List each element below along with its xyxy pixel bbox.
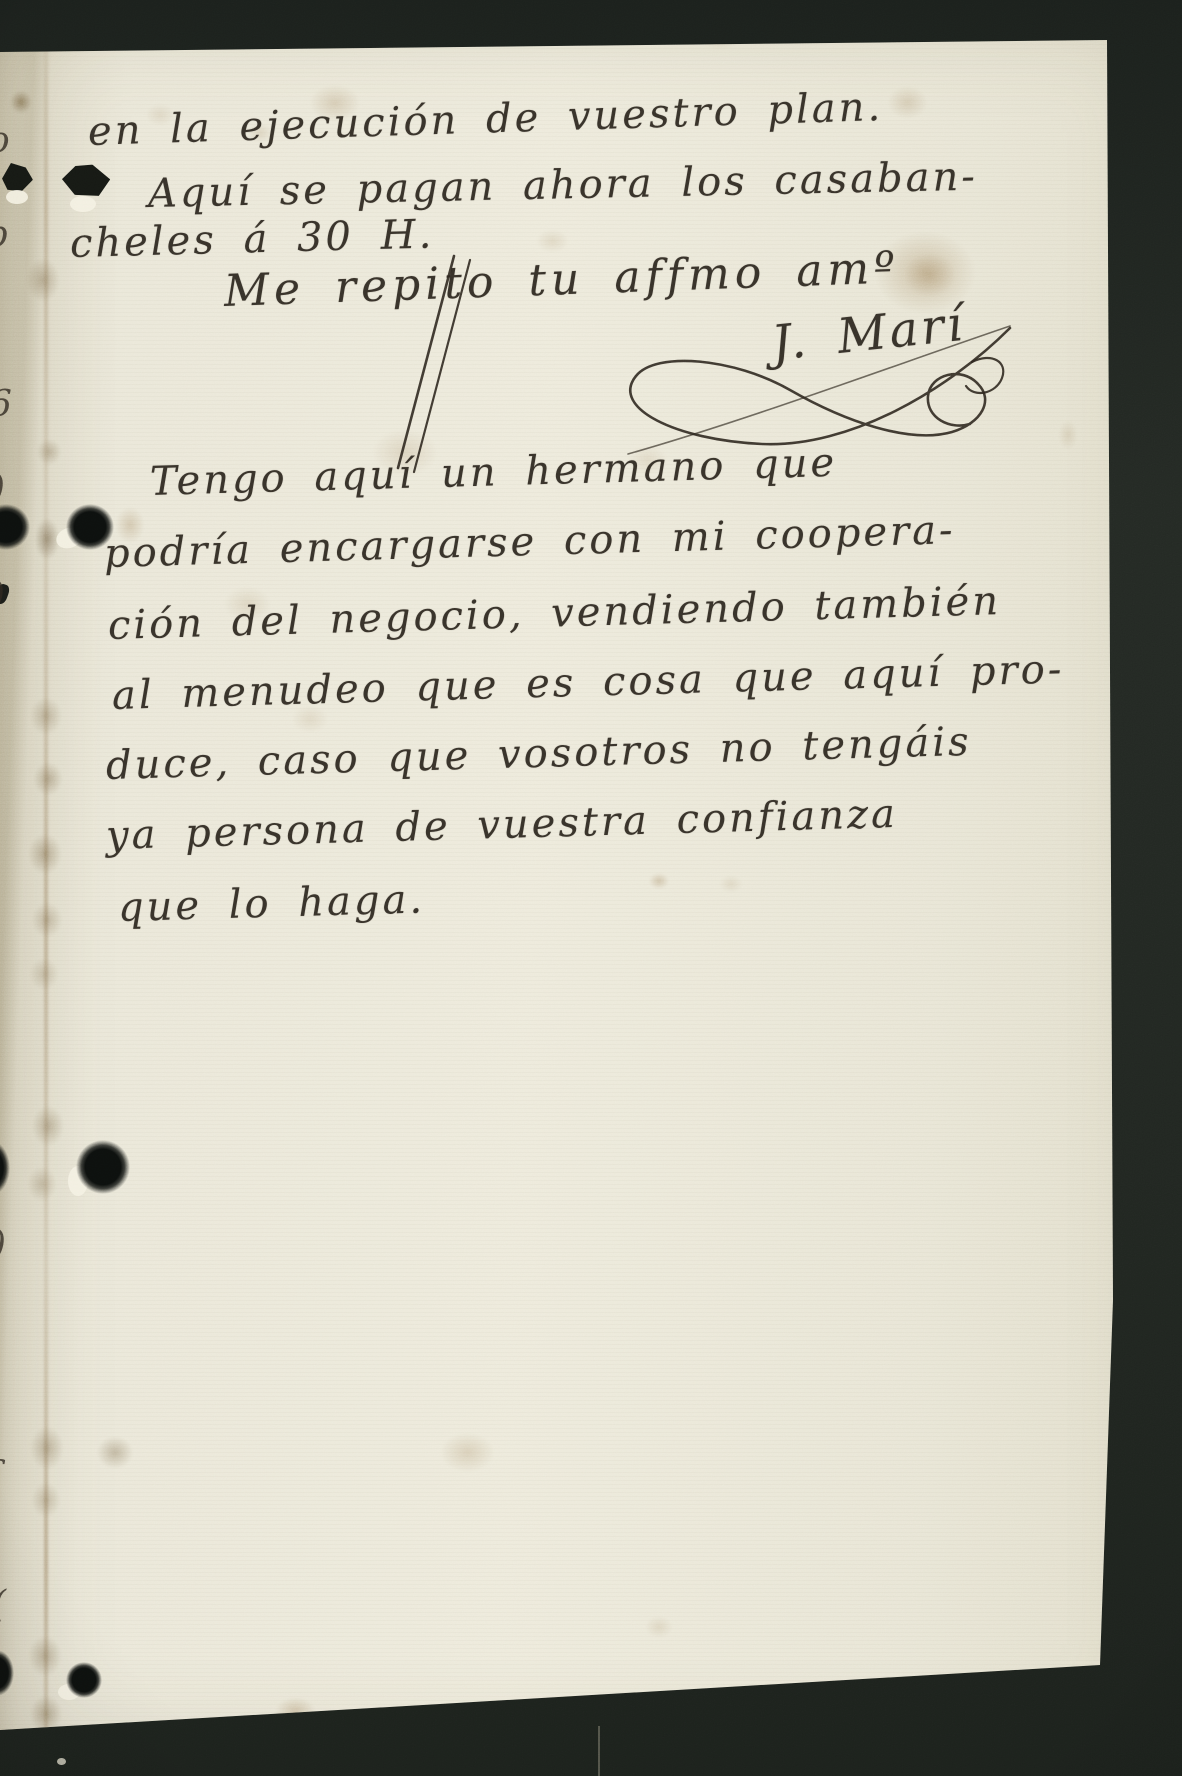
scanned-letter-canvas: en la ejecución de vuestro plan. Aquí se… (0, 0, 1182, 1776)
handwriting-line: cheles á 30 H. (69, 212, 434, 266)
punch-hole (66, 504, 114, 550)
edge-ink-fragment: b (0, 214, 9, 255)
edge-ink-fragment: o (0, 120, 10, 161)
edge-ink-fragment: ) (0, 1224, 6, 1265)
scanner-bed-scratch (598, 1726, 600, 1776)
letter-page: en la ejecución de vuestro plan. Aquí se… (0, 0, 1182, 1776)
edge-ink-fragment: ) (0, 575, 5, 616)
binding-crease (44, 40, 48, 1732)
punch-hole (76, 1140, 130, 1194)
edge-ink-fragment: ( (0, 1584, 6, 1625)
handwriting-line: que lo haga. (117, 877, 425, 930)
dust-speck (57, 1758, 66, 1765)
paper-tear-highlight (6, 190, 28, 204)
edge-ink-fragment: ) (0, 468, 5, 509)
paper-tear-highlight (70, 196, 96, 212)
punch-hole (66, 1662, 102, 1698)
edge-ink-fragment: 6 (0, 384, 12, 425)
